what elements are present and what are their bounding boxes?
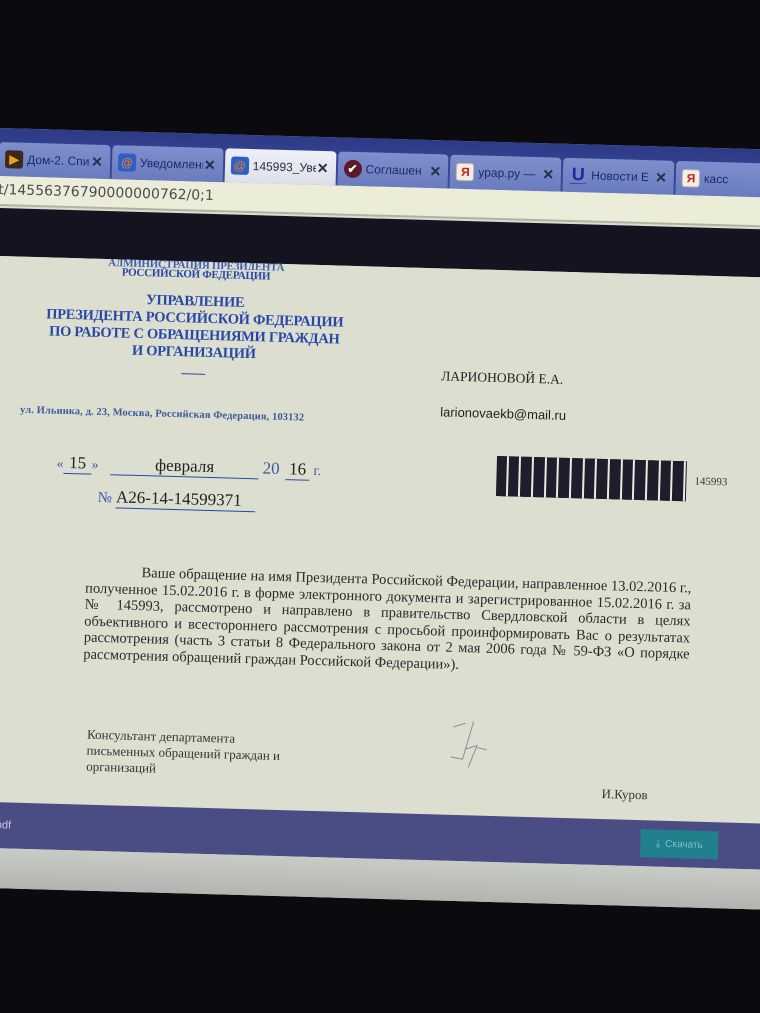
browser-tab[interactable]: UНовости Е✕	[563, 158, 675, 195]
yandex-icon: Я	[456, 163, 474, 181]
recipient-email: larionovaekb@mail.ru	[440, 404, 566, 423]
yandex-icon: Я	[682, 169, 700, 187]
date-year-label: г.	[313, 464, 321, 480]
signer-title: Консультант департамента письменных обра…	[86, 727, 281, 780]
barcode-number: 145993	[694, 476, 727, 489]
barcode-bar	[522, 457, 534, 497]
address-url[interactable]: t/14556376790000000762/0;1	[0, 182, 214, 204]
close-tab-icon[interactable]: ✕	[315, 159, 329, 176]
close-tab-icon[interactable]: ✕	[90, 153, 104, 170]
date-month: февраля	[110, 454, 259, 479]
document-date: « 15 » февраля 20 16 г.	[56, 453, 321, 481]
date-day: 15	[63, 453, 92, 475]
browser-tab[interactable]: Яурар.ру —✕	[450, 155, 562, 192]
browser-tab[interactable]: @145993_Уве✕	[224, 148, 336, 185]
recipient-block: ЛАРИОНОВОЙ Е.А. larionovaekb@mail.ru	[440, 368, 567, 422]
number-sign: №	[97, 490, 112, 507]
barcode-bar	[548, 457, 560, 497]
monitor-screen: ▶Дом-2. Спи✕@Уведомлени✕@145993_Уве✕✔Сог…	[0, 128, 760, 910]
browser-tab[interactable]: Якасс	[676, 161, 760, 198]
browser-tab[interactable]: ✔Соглашен✕	[337, 151, 449, 188]
u-logo-icon: U	[569, 166, 587, 184]
barcode-bar	[611, 459, 623, 499]
barcode-bar	[649, 460, 661, 500]
barcode-bar	[497, 456, 509, 496]
close-quote: »	[91, 458, 98, 474]
barcode-bar	[510, 456, 522, 496]
file-name: 00.pdf	[0, 819, 11, 832]
barcode-bar	[535, 457, 547, 497]
play-icon: ▶	[5, 150, 23, 168]
mail-at-icon: @	[231, 156, 249, 174]
download-label: Скачать	[665, 838, 703, 850]
barcode-bar	[573, 458, 585, 498]
barcode-bar	[560, 458, 572, 498]
mail-at-icon: @	[118, 153, 136, 171]
browser-tab[interactable]: @Уведомлени✕	[111, 145, 223, 182]
divider	[181, 373, 205, 375]
tab-title: Уведомлени	[140, 156, 203, 172]
tab-title: касс	[704, 172, 760, 188]
sender-address: ул. Ильинка, д. 23, Москва, Российская Ф…	[20, 405, 304, 424]
tab-title: Новости Е	[591, 169, 654, 185]
barcode-bar	[586, 459, 598, 499]
recipient-name: ЛАРИОНОВОЙ Е.А.	[441, 368, 567, 388]
handwritten-signature	[442, 719, 514, 781]
close-tab-icon[interactable]: ✕	[203, 156, 217, 173]
close-tab-icon[interactable]: ✕	[428, 162, 442, 179]
download-icon: ⤓	[656, 838, 661, 849]
registration-number-value: А26-14-14599371	[116, 487, 257, 512]
letter-paragraph: Ваше обращение на имя Президента Российс…	[83, 564, 692, 680]
registration-number: № А26-14-14599371	[97, 487, 256, 512]
sender-organization: АДМИНИСТРАЦИЯ ПРЕЗИДЕНТА РОССИЙСКОЙ ФЕДЕ…	[43, 259, 346, 378]
barcode-bar	[636, 460, 648, 500]
barcode-bar	[662, 461, 674, 501]
close-tab-icon[interactable]: ✕	[541, 166, 555, 183]
barcode-bar	[674, 461, 686, 501]
date-year-suffix: 16	[285, 459, 310, 481]
barcode-bar	[598, 459, 610, 499]
checkmark-icon: ✔	[343, 160, 361, 178]
download-button[interactable]: ⤓ Скачать	[640, 829, 719, 859]
signer-name: И.Куров	[601, 786, 647, 803]
barcode	[496, 456, 687, 501]
tab-title: Дом-2. Спи	[27, 153, 90, 169]
tab-title: Соглашен	[365, 162, 428, 178]
close-tab-icon[interactable]: ✕	[654, 169, 668, 186]
tab-title: 145993_Уве	[253, 159, 316, 175]
letter-body: Ваше обращение на имя Президента Российс…	[83, 564, 692, 680]
tab-title: урар.ру —	[478, 165, 541, 181]
date-year-prefix: 20	[262, 458, 280, 478]
barcode-bar	[624, 460, 636, 500]
document-page: АДМИНИСТРАЦИЯ ПРЕЗИДЕНТА РОССИЙСКОЙ ФЕДЕ…	[0, 256, 760, 828]
browser-tab[interactable]: ▶Дом-2. Спи✕	[0, 142, 110, 179]
